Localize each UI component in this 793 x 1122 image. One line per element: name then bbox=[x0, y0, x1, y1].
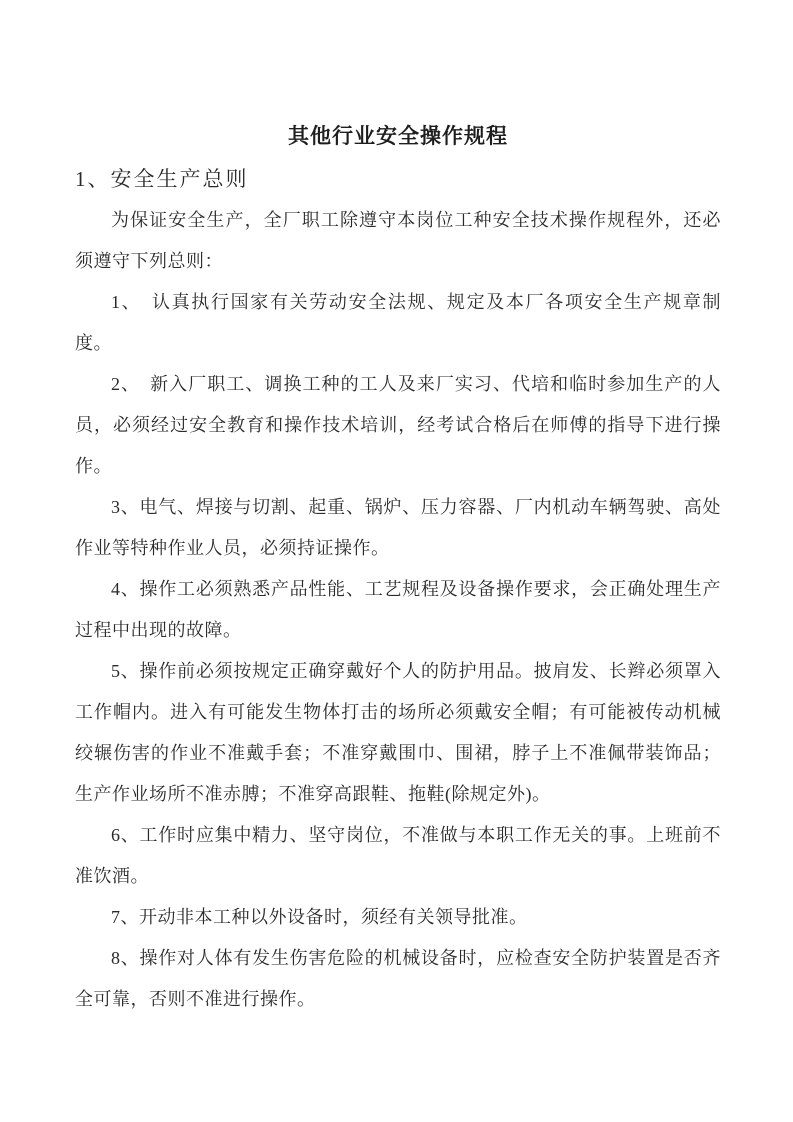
paragraph-item-8: 8、操作对人体有发生伤害危险的机械设备时，应检查安全防护装置是否齐全可靠，否则不… bbox=[75, 938, 721, 1020]
paragraph-item-7: 7、开动非本工种以外设备时，须经有关领导批准。 bbox=[75, 897, 721, 938]
paragraph-item-1: 1、 认真执行国家有关劳动安全法规、规定及本厂各项安全生产规章制度。 bbox=[75, 282, 721, 364]
paragraph-item-3: 3、电气、焊接与切割、起重、锅炉、压力容器、厂内机动车辆驾驶、高处作业等特种作业… bbox=[75, 487, 721, 569]
document-content: 其他行业安全操作规程 1、安全生产总则 为保证安全生产，全厂职工除遵守本岗位工种… bbox=[0, 0, 793, 1020]
document-title: 其他行业安全操作规程 bbox=[75, 114, 721, 158]
section-heading: 1、安全生产总则 bbox=[75, 158, 721, 200]
paragraph-intro: 为保证安全生产，全厂职工除遵守本岗位工种安全技术操作规程外，还必须遵守下列总则： bbox=[75, 200, 721, 282]
paragraph-item-4: 4、操作工必须熟悉产品性能、工艺规程及设备操作要求，会正确处理生产过程中出现的故… bbox=[75, 569, 721, 651]
paragraph-item-5: 5、操作前必须按规定正确穿戴好个人的防护用品。披肩发、长辫必须罩入工作帽内。进入… bbox=[75, 651, 721, 815]
paragraph-item-6: 6、工作时应集中精力、坚守岗位，不准做与本职工作无关的事。上班前不准饮酒。 bbox=[75, 815, 721, 897]
document-body: 为保证安全生产，全厂职工除遵守本岗位工种安全技术操作规程外，还必须遵守下列总则：… bbox=[75, 200, 721, 1020]
document-page: 其他行业安全操作规程 1、安全生产总则 为保证安全生产，全厂职工除遵守本岗位工种… bbox=[0, 0, 793, 1122]
paragraph-item-2: 2、 新入厂职工、调换工种的工人及来厂实习、代培和临时参加生产的人员，必须经过安… bbox=[75, 364, 721, 487]
